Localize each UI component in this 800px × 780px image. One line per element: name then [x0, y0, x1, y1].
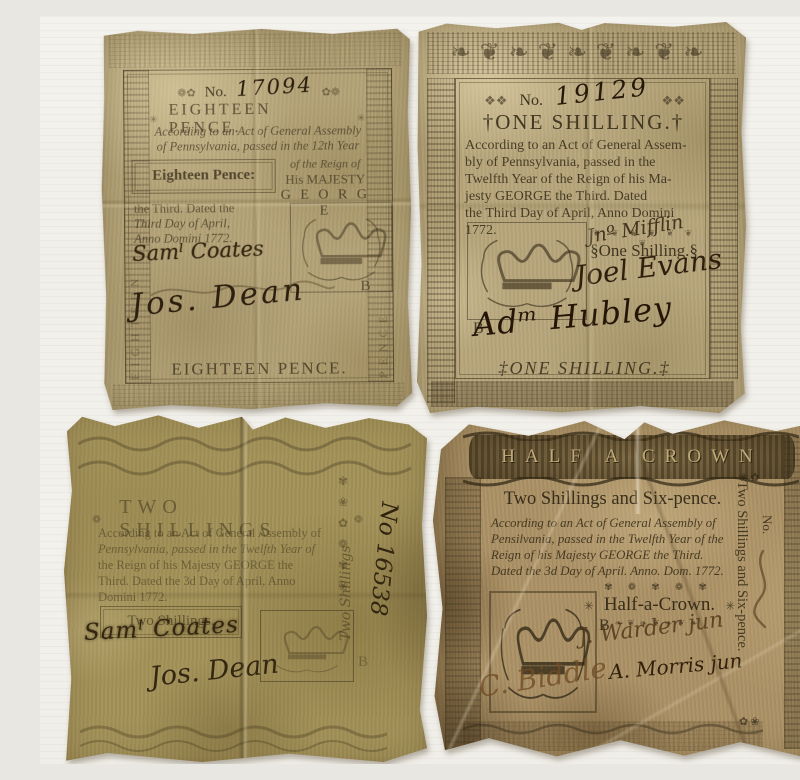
legal-text-line: of Pennsylvania, passed in the 12th Year [147, 138, 368, 155]
legal-text-line: Pensilvania, passed in the Twelfth Year … [491, 532, 738, 547]
wavy-bottom-band [80, 722, 387, 754]
legal-text-line: Twelfth Year of the Reign of his Ma- [465, 172, 704, 188]
wavy-bottom-band [463, 721, 763, 751]
note-half-a-crown-paper: HALF A CROWN Two Shillings and Six-pence… [433, 419, 800, 757]
vertical-denomination: Two Shillings [338, 476, 354, 641]
no-label: No. [205, 84, 227, 101]
legal-text-line: Domini 1772. [98, 590, 359, 605]
vertical-denomination: Two Shillings and Six-pence. [733, 481, 750, 733]
bottom-denomination-title: EIGHTEEN PENCE. [133, 358, 386, 380]
note-two-shillings: ❁ TWO SHILLINGS ❁ According to an Act of… [64, 414, 427, 762]
no-label: No. [519, 92, 543, 110]
bottom-denomination-title: ‡ONE SHILLING.‡ [461, 358, 708, 379]
legal-text-line: jesty GEORGE the Third. Dated [465, 189, 704, 205]
legal-text-line: Third. Dated the 3d Day of April, Anno [98, 574, 359, 589]
flower-ornament-row: ✾ ❁ ✾ ❁ ✾ [581, 582, 736, 593]
legal-text-line: According to an Act of General Assembly … [491, 516, 738, 531]
note-half-a-crown: HALF A CROWN Two Shillings and Six-pence… [433, 419, 800, 757]
note-one-shilling: ❧❦❧❦❧❦❧❦❧ ❖❖ No. 19129 ❖❖ †ONE SHILLING.… [417, 22, 746, 413]
diamond-ornament: ❖❖ [484, 94, 507, 109]
engraved-bottom-band [113, 382, 404, 406]
denomination-box: Eighteen Pence: [132, 159, 276, 194]
denomination-title: Two Shillings and Six-pence. [485, 489, 740, 510]
engraved-bottom-band [431, 381, 734, 407]
right-border-column [710, 78, 738, 379]
note-eighteen-pence: EIGHTEEN PENCE ❁✿ No. 17094 ✿❁ ✳ EIGHTEE… [101, 28, 413, 410]
photo-colonial-pennsylvania-currency: EIGHTEEN PENCE ❁✿ No. 17094 ✿❁ ✳ EIGHTEE… [40, 16, 800, 764]
legal-text-line: the Reign of his Majesty GEORGE the [98, 558, 359, 573]
serial-number-line: ❁✿ No. 17094 ✿❁ [151, 76, 366, 102]
serial-number: 17094 [235, 73, 313, 102]
note-one-shilling-paper: ❧❦❧❦❧❦❧❦❧ ❖❖ No. 19129 ❖❖ †ONE SHILLING.… [417, 22, 746, 413]
legal-text-line: According to an Act of General Assembly [147, 123, 368, 140]
wavy-top-band [78, 430, 415, 484]
legal-text-line: Dated the 3d Day of April. Anno. Dom. 17… [491, 564, 738, 579]
floret-ornament: ❁ [92, 513, 107, 526]
date-text-line: Third Day of April, [134, 216, 230, 232]
signature: A. Morris jun [608, 648, 743, 684]
legal-text-line: According to an Act of General Assembly … [98, 526, 359, 541]
date-text-line: the Third. Dated the [134, 201, 235, 217]
floret-ornament: ✿❁ [322, 85, 341, 98]
legal-text-line: According to an Act of General Assem- [465, 138, 704, 154]
note-eighteen-pence-paper: EIGHTEEN PENCE ❁✿ No. 17094 ✿❁ ✳ EIGHTEE… [101, 28, 413, 410]
legal-text-line: Reign of his Majesty GEORGE the Third. [491, 548, 738, 563]
reign-text-line: of the Reign of [278, 156, 373, 172]
serial-number-line: ❖❖ No. 19129 ❖❖ [469, 82, 700, 111]
legal-text-line: Pennsylvania, passed in the Twelfth Year… [98, 542, 359, 557]
plate-letter: B [360, 278, 370, 295]
legal-text-line: bly of Pennsylvania, passed in the [465, 155, 704, 171]
vertical-serial-flourish [751, 547, 775, 631]
note-two-shillings-paper: ❁ TWO SHILLINGS ❁ According to an Act of… [64, 414, 427, 762]
right-border-column [784, 437, 800, 749]
left-border-column [427, 78, 455, 403]
star-ornament: ✳ [149, 114, 160, 125]
star-ornament: ✳ [357, 113, 368, 124]
floret-ornament: ❁✿ [177, 86, 196, 99]
diamond-ornament: ❖❖ [662, 94, 685, 109]
vertical-no-label: No. [759, 515, 775, 534]
engraved-top-band [109, 32, 402, 68]
left-border-column [445, 477, 481, 749]
signature: Jos. Dean [148, 649, 280, 693]
reign-text-line: His MAJESTY [278, 171, 373, 188]
scrollwork-top-band: ❧❦❧❦❧❦❧❦❧ [427, 32, 736, 74]
denomination-title: †ONE SHILLING.† [461, 110, 706, 135]
floret-ornament: ❁ [354, 513, 369, 526]
